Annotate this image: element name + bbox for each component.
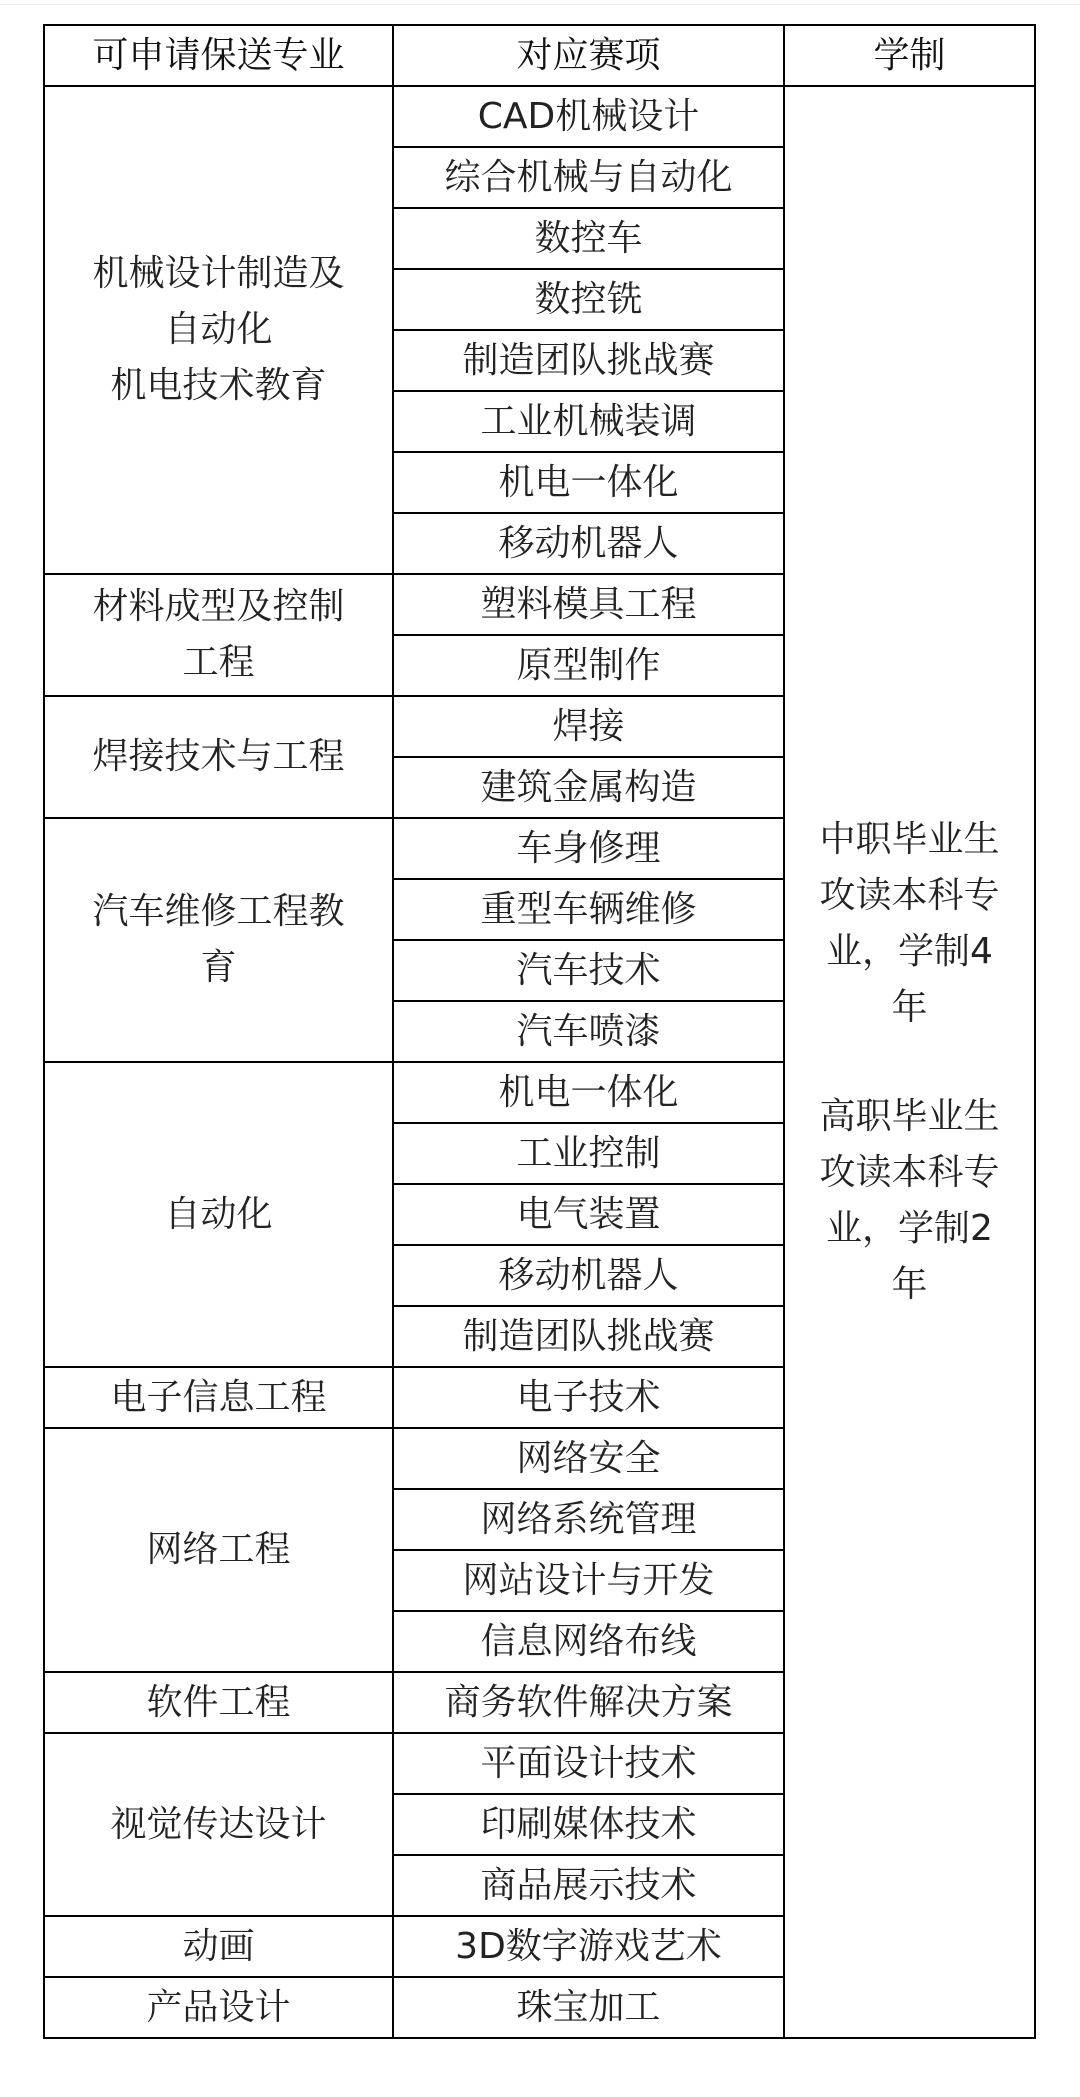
event-cell: 重型车辆维修	[393, 879, 784, 940]
major-name-line: 自动化	[45, 302, 392, 358]
major-cell: 软件工程	[44, 1672, 393, 1733]
major-name-line: 电子信息工程	[45, 1370, 392, 1426]
system-cell: 中职毕业生攻读本科专业，学制4年高职毕业生攻读本科专业，学制2年	[784, 86, 1035, 2038]
major-cell: 动画	[44, 1916, 393, 1977]
major-name-line: 视觉传达设计	[45, 1797, 392, 1853]
system-note-line: 年	[803, 1257, 1016, 1313]
major-cell: 产品设计	[44, 1977, 393, 2038]
major-name-line: 动画	[45, 1919, 392, 1975]
event-cell: 珠宝加工	[393, 1977, 784, 2038]
major-name-line: 产品设计	[45, 1980, 392, 2036]
table-row: 机械设计制造及自动化机电技术教育CAD机械设计中职毕业生攻读本科专业，学制4年高…	[44, 86, 1035, 147]
event-cell: CAD机械设计	[393, 86, 784, 147]
major-name-line: 材料成型及控制	[45, 579, 392, 635]
major-cell: 汽车维修工程教育	[44, 818, 393, 1062]
event-cell: 数控车	[393, 208, 784, 269]
event-cell: 电气装置	[393, 1184, 784, 1245]
event-cell: 机电一体化	[393, 1062, 784, 1123]
event-cell: 网站设计与开发	[393, 1550, 784, 1611]
major-name-line: 机电技术教育	[45, 358, 392, 414]
system-note-line: 攻读本科专	[803, 1145, 1016, 1201]
system-note-line: 年	[803, 980, 1016, 1036]
event-cell: 车身修理	[393, 818, 784, 879]
event-cell: 印刷媒体技术	[393, 1794, 784, 1855]
system-note-line: 业，学制2	[803, 1201, 1016, 1257]
major-cell: 视觉传达设计	[44, 1733, 393, 1916]
event-cell: 制造团队挑战赛	[393, 1306, 784, 1367]
event-cell: 网络系统管理	[393, 1489, 784, 1550]
major-name-line: 自动化	[45, 1187, 392, 1243]
event-cell: 工业控制	[393, 1123, 784, 1184]
major-name-line: 育	[45, 940, 392, 996]
top-divider	[0, 4, 1080, 5]
event-cell: 网络安全	[393, 1428, 784, 1489]
major-cell: 焊接技术与工程	[44, 696, 393, 818]
major-name-line: 焊接技术与工程	[45, 729, 392, 785]
major-name-line: 工程	[45, 635, 392, 691]
header-system: 学制	[784, 25, 1035, 86]
event-cell: 汽车喷漆	[393, 1001, 784, 1062]
event-cell: 原型制作	[393, 635, 784, 696]
system-note-line: 攻读本科专	[803, 868, 1016, 924]
header-event: 对应赛项	[393, 25, 784, 86]
event-cell: 电子技术	[393, 1367, 784, 1428]
event-cell: 3D数字游戏艺术	[393, 1916, 784, 1977]
event-cell: 移动机器人	[393, 513, 784, 574]
system-note-higher-vocational: 高职毕业生攻读本科专业，学制2年	[803, 1089, 1016, 1313]
header-row: 可申请保送专业 对应赛项 学制	[44, 25, 1035, 86]
event-cell: 焊接	[393, 696, 784, 757]
event-cell: 工业机械装调	[393, 391, 784, 452]
event-cell: 商务软件解决方案	[393, 1672, 784, 1733]
recommendation-table: 可申请保送专业 对应赛项 学制 机械设计制造及自动化机电技术教育CAD机械设计中…	[43, 24, 1036, 2039]
system-note-line: 业，学制4	[803, 924, 1016, 980]
major-name-line: 汽车维修工程教	[45, 884, 392, 940]
event-cell: 汽车技术	[393, 940, 784, 1001]
major-name-line: 软件工程	[45, 1675, 392, 1731]
major-cell: 自动化	[44, 1062, 393, 1367]
major-name-line: 网络工程	[45, 1522, 392, 1578]
event-cell: 塑料模具工程	[393, 574, 784, 635]
event-cell: 数控铣	[393, 269, 784, 330]
major-cell: 机械设计制造及自动化机电技术教育	[44, 86, 393, 574]
major-name-line: 机械设计制造及	[45, 246, 392, 302]
event-cell: 信息网络布线	[393, 1611, 784, 1672]
event-cell: 平面设计技术	[393, 1733, 784, 1794]
system-note-line: 高职毕业生	[803, 1089, 1016, 1145]
event-cell: 移动机器人	[393, 1245, 784, 1306]
event-cell: 建筑金属构造	[393, 757, 784, 818]
event-cell: 综合机械与自动化	[393, 147, 784, 208]
table-body: 机械设计制造及自动化机电技术教育CAD机械设计中职毕业生攻读本科专业，学制4年高…	[44, 86, 1035, 2038]
header-major: 可申请保送专业	[44, 25, 393, 86]
major-cell: 网络工程	[44, 1428, 393, 1672]
system-note-secondary-vocational: 中职毕业生攻读本科专业，学制4年	[803, 812, 1016, 1036]
major-cell: 电子信息工程	[44, 1367, 393, 1428]
event-cell: 商品展示技术	[393, 1855, 784, 1916]
event-cell: 制造团队挑战赛	[393, 330, 784, 391]
system-note-line: 中职毕业生	[803, 812, 1016, 868]
system-note-gap	[803, 1036, 1016, 1089]
major-cell: 材料成型及控制工程	[44, 574, 393, 696]
event-cell: 机电一体化	[393, 452, 784, 513]
